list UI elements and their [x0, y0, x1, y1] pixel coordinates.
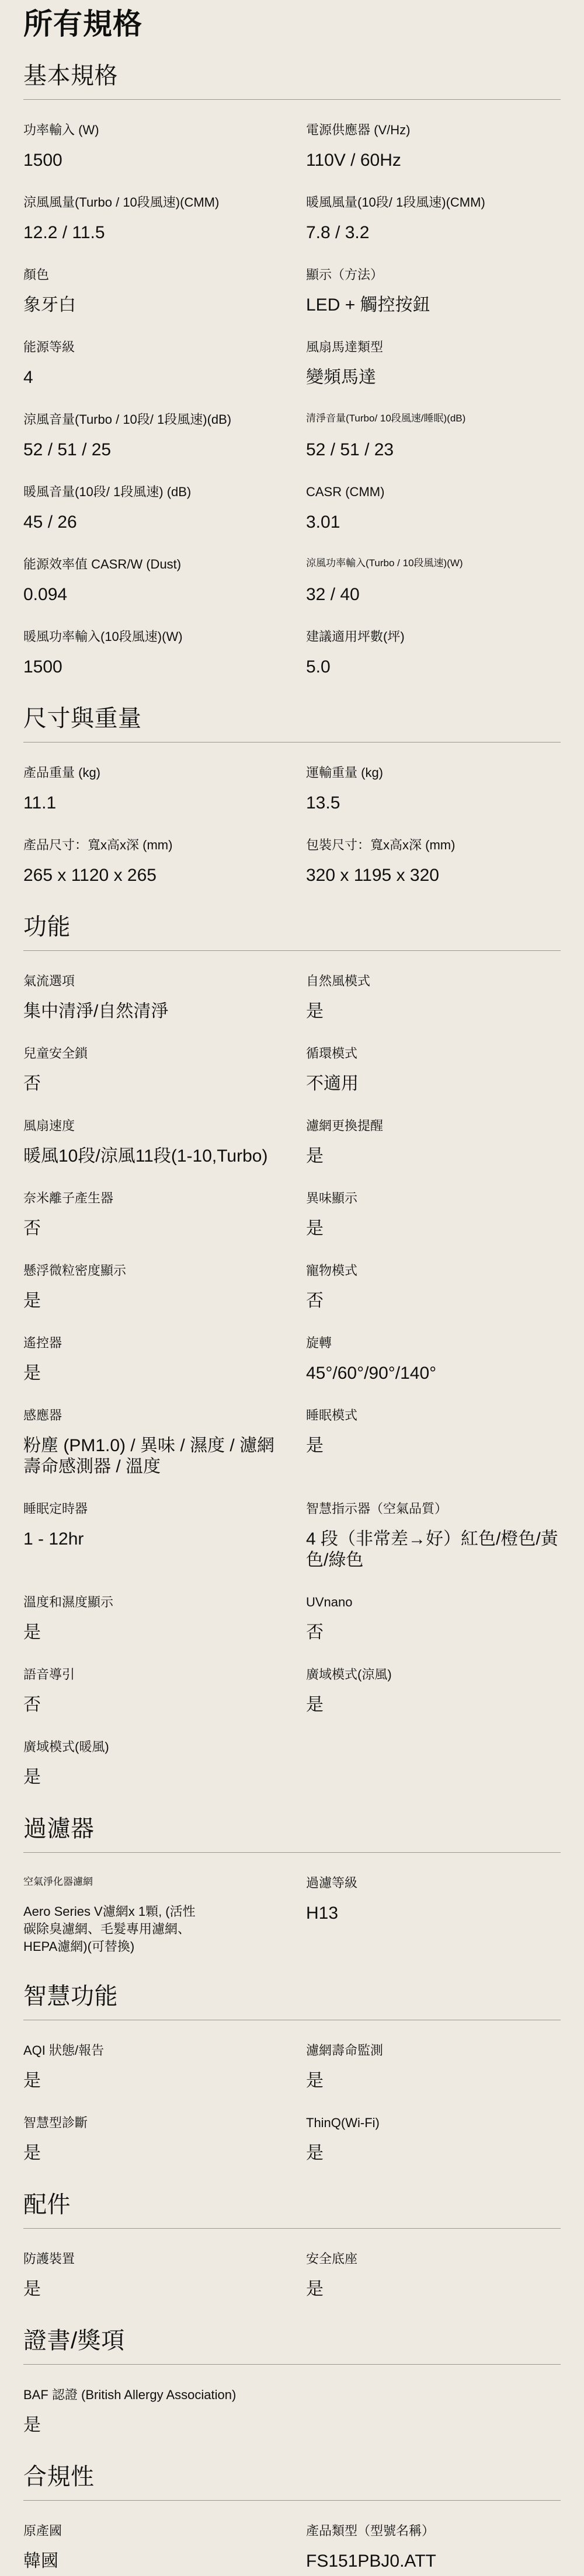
spec-value: 是	[306, 1001, 561, 1022]
section-title: 證書/獎項	[23, 2327, 561, 2355]
spec-value: 是	[23, 2070, 278, 2092]
spec-label: 空氣淨化器濾網	[23, 1875, 278, 1889]
spec-value: 7.8 / 3.2	[306, 222, 561, 243]
spec-cell: 感應器粉塵 (PM1.0) / 異味 / 濕度 / 濾網壽命感測器 / 溫度	[23, 1407, 278, 1477]
section-divider	[23, 1852, 561, 1853]
page-title: 所有規格	[23, 6, 561, 42]
spec-label: 廣域模式(暖風)	[23, 1739, 278, 1755]
spec-label: 建議適用坪數(坪)	[306, 629, 561, 645]
spec-label: 溫度和濕度顯示	[23, 1594, 278, 1611]
section-title: 尺寸與重量	[23, 705, 561, 733]
spec-label: 電源供應器 (V/Hz)	[306, 122, 561, 138]
spec-value: 是	[306, 1218, 561, 1239]
spec-value: 4	[23, 367, 278, 388]
spec-cell: 懸浮微粒密度顯示是	[23, 1263, 278, 1312]
spec-row: 氣流選項集中清淨/自然清淨自然風模式是	[23, 973, 561, 1022]
spec-row: 顏色象牙白顯示（方法）LED + 觸控按鈕	[23, 267, 561, 316]
spec-label: 兒童安全鎖	[23, 1045, 278, 1062]
section: 合規性原產國韓國產品類型（型號名稱）FS151PBJ0.ATT	[23, 2463, 561, 2572]
spec-value: 45 / 26	[23, 512, 278, 533]
spec-value: 否	[23, 1695, 278, 1716]
section-rows: BAF 認證 (British Allergy Association)是	[23, 2387, 561, 2436]
spec-label: 暖風音量(10段/ 1段風速) (dB)	[23, 484, 278, 500]
spec-label: 暖風功率輸入(10段風速)(W)	[23, 629, 278, 645]
spec-label: 功率輸入 (W)	[23, 122, 278, 138]
section: 過濾器空氣淨化器濾網Aero Series V濾網x 1顆, (活性碳除臭濾網、…	[23, 1815, 561, 1955]
spec-cell: BAF 認證 (British Allergy Association)是	[23, 2387, 278, 2436]
spec-label: 涼風功率輸入(Turbo / 10段風速)(W)	[306, 556, 561, 570]
spec-value: 是	[23, 1622, 278, 1643]
spec-row: 產品尺寸：寬x高x深 (mm)265 x 1120 x 265包裝尺寸：寬x高x…	[23, 837, 561, 886]
spec-label: 產品尺寸：寬x高x深 (mm)	[23, 837, 278, 853]
spec-label: 風扇馬達類型	[306, 339, 561, 355]
spec-value: 暖風10段/涼風11段(1-10,Turbo)	[23, 1146, 278, 1167]
spec-value: 是	[306, 2070, 561, 2092]
spec-label: 能源等級	[23, 339, 278, 355]
spec-cell: 安全底座是	[306, 2251, 561, 2300]
section-divider	[23, 742, 561, 743]
section-title: 功能	[23, 913, 561, 941]
spec-label: AQI 狀態/報告	[23, 2042, 278, 2059]
spec-label: 懸浮微粒密度顯示	[23, 1263, 278, 1279]
spec-row: BAF 認證 (British Allergy Association)是	[23, 2387, 561, 2436]
spec-row: 原產國韓國產品類型（型號名稱）FS151PBJ0.ATT	[23, 2523, 561, 2572]
spec-value: 象牙白	[23, 295, 278, 316]
spec-label: 涼風音量(Turbo / 10段/ 1段風速)(dB)	[23, 412, 278, 428]
spec-value: 是	[23, 2415, 278, 2436]
spec-label: 涼風風量(Turbo / 10段風速)(CMM)	[23, 194, 278, 211]
spec-value: FS151PBJ0.ATT	[306, 2551, 561, 2572]
spec-row: 感應器粉塵 (PM1.0) / 異味 / 濕度 / 濾網壽命感測器 / 溫度睡眠…	[23, 1407, 561, 1477]
spec-value: 52 / 51 / 23	[306, 440, 561, 461]
spec-value: 320 x 1195 x 320	[306, 865, 561, 886]
spec-cell: 遙控器是	[23, 1335, 278, 1384]
section-divider	[23, 950, 561, 951]
spec-row: 涼風風量(Turbo / 10段風速)(CMM)12.2 / 11.5暖風風量(…	[23, 194, 561, 243]
spec-value: 是	[306, 1146, 561, 1167]
spec-cell: 溫度和濕度顯示是	[23, 1594, 278, 1643]
spec-cell: 功率輸入 (W)1500	[23, 122, 278, 171]
spec-row: 防護裝置是安全底座是	[23, 2251, 561, 2300]
spec-cell: 電源供應器 (V/Hz)110V / 60Hz	[306, 122, 561, 171]
spec-row: 風扇速度暖風10段/涼風11段(1-10,Turbo)濾網更換提醒是	[23, 1118, 561, 1167]
spec-cell: 氣流選項集中清淨/自然清淨	[23, 973, 278, 1022]
spec-label: 奈米離子產生器	[23, 1190, 278, 1207]
spec-label: 循環模式	[306, 1045, 561, 1062]
spec-cell: 濾網更換提醒是	[306, 1118, 561, 1167]
spec-value: 否	[23, 1218, 278, 1239]
spec-value: 韓國	[23, 2551, 278, 2572]
spec-label: 智慧指示器（空氣品質）	[306, 1501, 561, 1517]
section: 功能氣流選項集中清淨/自然清淨自然風模式是兒童安全鎖否循環模式不適用風扇速度暖風…	[23, 913, 561, 1788]
spec-cell: 風扇速度暖風10段/涼風11段(1-10,Turbo)	[23, 1118, 278, 1167]
spec-value: LED + 觸控按鈕	[306, 295, 561, 316]
spec-cell: 產品尺寸：寬x高x深 (mm)265 x 1120 x 265	[23, 837, 278, 886]
section-title: 配件	[23, 2191, 561, 2219]
spec-cell: 顏色象牙白	[23, 267, 278, 316]
spec-cell: 廣域模式(涼風)是	[306, 1667, 561, 1716]
section-title: 過濾器	[23, 1815, 561, 1843]
section: 基本規格功率輸入 (W)1500電源供應器 (V/Hz)110V / 60Hz涼…	[23, 62, 561, 678]
spec-label: 防護裝置	[23, 2251, 278, 2267]
spec-cell: 異味顯示是	[306, 1190, 561, 1239]
spec-cell: 旋轉45°/60°/90°/140°	[306, 1335, 561, 1384]
spec-cell: 睡眠模式是	[306, 1407, 561, 1456]
spec-label: ThinQ(Wi-Fi)	[306, 2115, 561, 2131]
spec-cell: 自然風模式是	[306, 973, 561, 1022]
spec-label: 運輸重量 (kg)	[306, 765, 561, 781]
section-divider	[23, 2364, 561, 2365]
spec-sections: 基本規格功率輸入 (W)1500電源供應器 (V/Hz)110V / 60Hz涼…	[23, 62, 561, 2572]
spec-cell: 風扇馬達類型變頻馬達	[306, 339, 561, 388]
section: 配件防護裝置是安全底座是	[23, 2191, 561, 2300]
spec-label: 原產國	[23, 2523, 278, 2539]
spec-value: 52 / 51 / 25	[23, 440, 278, 461]
spec-cell: 建議適用坪數(坪)5.0	[306, 629, 561, 678]
spec-row: 暖風音量(10段/ 1段風速) (dB)45 / 26CASR (CMM)3.0…	[23, 484, 561, 533]
spec-value: Aero Series V濾網x 1顆, (活性碳除臭濾網、毛髮專用濾網、HEP…	[23, 1903, 206, 1955]
spec-value: 是	[306, 2143, 561, 2164]
spec-value: 13.5	[306, 793, 561, 814]
spec-cell: 寵物模式否	[306, 1263, 561, 1312]
spec-label: 語音導引	[23, 1667, 278, 1683]
spec-cell: 運輸重量 (kg)13.5	[306, 765, 561, 814]
spec-cell: 產品類型（型號名稱）FS151PBJ0.ATT	[306, 2523, 561, 2572]
section-title: 基本規格	[23, 62, 561, 90]
spec-row: 智慧型診斷是ThinQ(Wi-Fi)是	[23, 2115, 561, 2164]
section-divider	[23, 2020, 561, 2020]
section: 智慧功能AQI 狀態/報告是濾網壽命監測是智慧型診斷是ThinQ(Wi-Fi)是	[23, 1982, 561, 2164]
spec-value: 是	[306, 1695, 561, 1716]
spec-label: BAF 認證 (British Allergy Association)	[23, 2387, 278, 2403]
spec-value: 110V / 60Hz	[306, 150, 561, 171]
spec-label: 安全底座	[306, 2251, 561, 2267]
spec-value: 1500	[23, 150, 278, 171]
spec-cell: 涼風音量(Turbo / 10段/ 1段風速)(dB)52 / 51 / 25	[23, 412, 278, 461]
spec-row: 懸浮微粒密度顯示是寵物模式否	[23, 1263, 561, 1312]
spec-label: 睡眠定時器	[23, 1501, 278, 1517]
spec-cell: 睡眠定時器1 - 12hr	[23, 1501, 278, 1550]
spec-row: 廣域模式(暖風)是	[23, 1739, 561, 1788]
spec-cell: 清淨音量(Turbo/ 10段風速/睡眠)(dB)52 / 51 / 23	[306, 412, 561, 461]
spec-value: 不適用	[306, 1073, 561, 1094]
spec-cell: 涼風風量(Turbo / 10段風速)(CMM)12.2 / 11.5	[23, 194, 278, 243]
section-divider	[23, 2500, 561, 2501]
section: 尺寸與重量產品重量 (kg)11.1運輸重量 (kg)13.5產品尺寸：寬x高x…	[23, 705, 561, 886]
spec-value: 45°/60°/90°/140°	[306, 1363, 561, 1384]
spec-cell: 廣域模式(暖風)是	[23, 1739, 278, 1788]
spec-label: 睡眠模式	[306, 1407, 561, 1424]
spec-value: 0.094	[23, 584, 278, 605]
spec-value: 1500	[23, 657, 278, 678]
spec-cell: 暖風功率輸入(10段風速)(W)1500	[23, 629, 278, 678]
spec-cell: 顯示（方法）LED + 觸控按鈕	[306, 267, 561, 316]
spec-label: 顏色	[23, 267, 278, 283]
spec-label: 濾網更換提醒	[306, 1118, 561, 1134]
spec-value: 3.01	[306, 512, 561, 533]
spec-value: 否	[306, 1291, 561, 1312]
spec-row: 能源效率值 CASR/W (Dust)0.094涼風功率輸入(Turbo / 1…	[23, 556, 561, 605]
spec-value: 否	[23, 1073, 278, 1094]
spec-value: 265 x 1120 x 265	[23, 865, 278, 886]
spec-cell: AQI 狀態/報告是	[23, 2042, 278, 2092]
spec-value: 11.1	[23, 793, 278, 814]
spec-cell: 能源等級4	[23, 339, 278, 388]
spec-label: 自然風模式	[306, 973, 561, 989]
spec-value: 否	[306, 1622, 561, 1643]
spec-label: 清淨音量(Turbo/ 10段風速/睡眠)(dB)	[306, 412, 561, 426]
section-rows: 產品重量 (kg)11.1運輸重量 (kg)13.5產品尺寸：寬x高x深 (mm…	[23, 765, 561, 886]
spec-cell: 暖風風量(10段/ 1段風速)(CMM)7.8 / 3.2	[306, 194, 561, 243]
spec-label: 風扇速度	[23, 1118, 278, 1134]
spec-cell: 兒童安全鎖否	[23, 1045, 278, 1094]
spec-label: 旋轉	[306, 1335, 561, 1351]
spec-label: 遙控器	[23, 1335, 278, 1351]
spec-cell: 涼風功率輸入(Turbo / 10段風速)(W)32 / 40	[306, 556, 561, 605]
spec-row: 空氣淨化器濾網Aero Series V濾網x 1顆, (活性碳除臭濾網、毛髮專…	[23, 1875, 561, 1955]
spec-label: 暖風風量(10段/ 1段風速)(CMM)	[306, 194, 561, 211]
spec-row: 兒童安全鎖否循環模式不適用	[23, 1045, 561, 1094]
spec-label: 寵物模式	[306, 1263, 561, 1279]
spec-value: 是	[23, 2279, 278, 2300]
spec-value: 是	[23, 1291, 278, 1312]
spec-value: 是	[23, 2143, 278, 2164]
spec-value: 是	[306, 1435, 561, 1456]
spec-label: UVnano	[306, 1594, 561, 1611]
spec-value: 集中清淨/自然清淨	[23, 1001, 278, 1022]
section-rows: 氣流選項集中清淨/自然清淨自然風模式是兒童安全鎖否循環模式不適用風扇速度暖風10…	[23, 973, 561, 1788]
spec-value: H13	[306, 1903, 561, 1924]
section-title: 合規性	[23, 2463, 561, 2491]
spec-label: 顯示（方法）	[306, 267, 561, 283]
section-rows: 原產國韓國產品類型（型號名稱）FS151PBJ0.ATT	[23, 2523, 561, 2572]
spec-label: 廣域模式(涼風)	[306, 1667, 561, 1683]
section-rows: 防護裝置是安全底座是	[23, 2251, 561, 2300]
spec-row: 遙控器是旋轉45°/60°/90°/140°	[23, 1335, 561, 1384]
spec-cell: 循環模式不適用	[306, 1045, 561, 1094]
spec-label: 濾網壽命監測	[306, 2042, 561, 2059]
spec-row: 睡眠定時器1 - 12hr智慧指示器（空氣品質）4 段（非常差→好）紅色/橙色/…	[23, 1501, 561, 1571]
spec-value: 32 / 40	[306, 584, 561, 605]
spec-row: 暖風功率輸入(10段風速)(W)1500建議適用坪數(坪)5.0	[23, 629, 561, 678]
spec-page: 所有規格 基本規格功率輸入 (W)1500電源供應器 (V/Hz)110V / …	[23, 6, 561, 2572]
spec-row: 涼風音量(Turbo / 10段/ 1段風速)(dB)52 / 51 / 25清…	[23, 412, 561, 461]
spec-label: 異味顯示	[306, 1190, 561, 1207]
section-divider	[23, 2228, 561, 2229]
spec-label: 氣流選項	[23, 973, 278, 989]
spec-row: 產品重量 (kg)11.1運輸重量 (kg)13.5	[23, 765, 561, 814]
section: 證書/獎項BAF 認證 (British Allergy Association…	[23, 2327, 561, 2436]
spec-row: 能源等級4風扇馬達類型變頻馬達	[23, 339, 561, 388]
section-title: 智慧功能	[23, 1982, 561, 2010]
spec-label: 過濾等級	[306, 1875, 561, 1891]
spec-label: 智慧型診斷	[23, 2115, 278, 2131]
spec-cell: ThinQ(Wi-Fi)是	[306, 2115, 561, 2164]
spec-cell: CASR (CMM)3.01	[306, 484, 561, 533]
spec-label: 產品類型（型號名稱）	[306, 2523, 561, 2539]
spec-label: 產品重量 (kg)	[23, 765, 278, 781]
spec-cell: 智慧指示器（空氣品質）4 段（非常差→好）紅色/橙色/黃色/綠色	[306, 1501, 561, 1571]
spec-cell: 能源效率值 CASR/W (Dust)0.094	[23, 556, 278, 605]
spec-cell: 過濾等級H13	[306, 1875, 561, 1924]
spec-cell: 語音導引否	[23, 1667, 278, 1716]
spec-cell: 智慧型診斷是	[23, 2115, 278, 2164]
section-rows: AQI 狀態/報告是濾網壽命監測是智慧型診斷是ThinQ(Wi-Fi)是	[23, 2042, 561, 2164]
spec-row: 溫度和濕度顯示是UVnano否	[23, 1594, 561, 1643]
section-rows: 功率輸入 (W)1500電源供應器 (V/Hz)110V / 60Hz涼風風量(…	[23, 122, 561, 678]
spec-row: 功率輸入 (W)1500電源供應器 (V/Hz)110V / 60Hz	[23, 122, 561, 171]
spec-cell: 奈米離子產生器否	[23, 1190, 278, 1239]
spec-value: 變頻馬達	[306, 367, 561, 388]
spec-value: 12.2 / 11.5	[23, 222, 278, 243]
spec-value: 是	[23, 1363, 278, 1384]
spec-cell: 濾網壽命監測是	[306, 2042, 561, 2092]
spec-value: 粉塵 (PM1.0) / 異味 / 濕度 / 濾網壽命感測器 / 溫度	[23, 1435, 278, 1477]
section-rows: 空氣淨化器濾網Aero Series V濾網x 1顆, (活性碳除臭濾網、毛髮專…	[23, 1875, 561, 1955]
spec-cell: 空氣淨化器濾網Aero Series V濾網x 1顆, (活性碳除臭濾網、毛髮專…	[23, 1875, 278, 1955]
spec-value: 1 - 12hr	[23, 1529, 278, 1550]
spec-cell: 包裝尺寸：寬x高x深 (mm)320 x 1195 x 320	[306, 837, 561, 886]
spec-row: AQI 狀態/報告是濾網壽命監測是	[23, 2042, 561, 2092]
spec-label: CASR (CMM)	[306, 484, 561, 500]
spec-row: 語音導引否廣域模式(涼風)是	[23, 1667, 561, 1716]
spec-cell: 原產國韓國	[23, 2523, 278, 2572]
spec-value: 4 段（非常差→好）紅色/橙色/黃色/綠色	[306, 1529, 561, 1571]
spec-cell: 暖風音量(10段/ 1段風速) (dB)45 / 26	[23, 484, 278, 533]
spec-label: 感應器	[23, 1407, 278, 1424]
section-divider	[23, 99, 561, 100]
spec-cell: UVnano否	[306, 1594, 561, 1643]
spec-cell: 產品重量 (kg)11.1	[23, 765, 278, 814]
spec-value: 是	[23, 1767, 278, 1788]
spec-value: 是	[306, 2279, 561, 2300]
spec-value: 5.0	[306, 657, 561, 678]
spec-label: 包裝尺寸：寬x高x深 (mm)	[306, 837, 561, 853]
spec-cell: 防護裝置是	[23, 2251, 278, 2300]
spec-row: 奈米離子產生器否異味顯示是	[23, 1190, 561, 1239]
spec-label: 能源效率值 CASR/W (Dust)	[23, 556, 278, 573]
